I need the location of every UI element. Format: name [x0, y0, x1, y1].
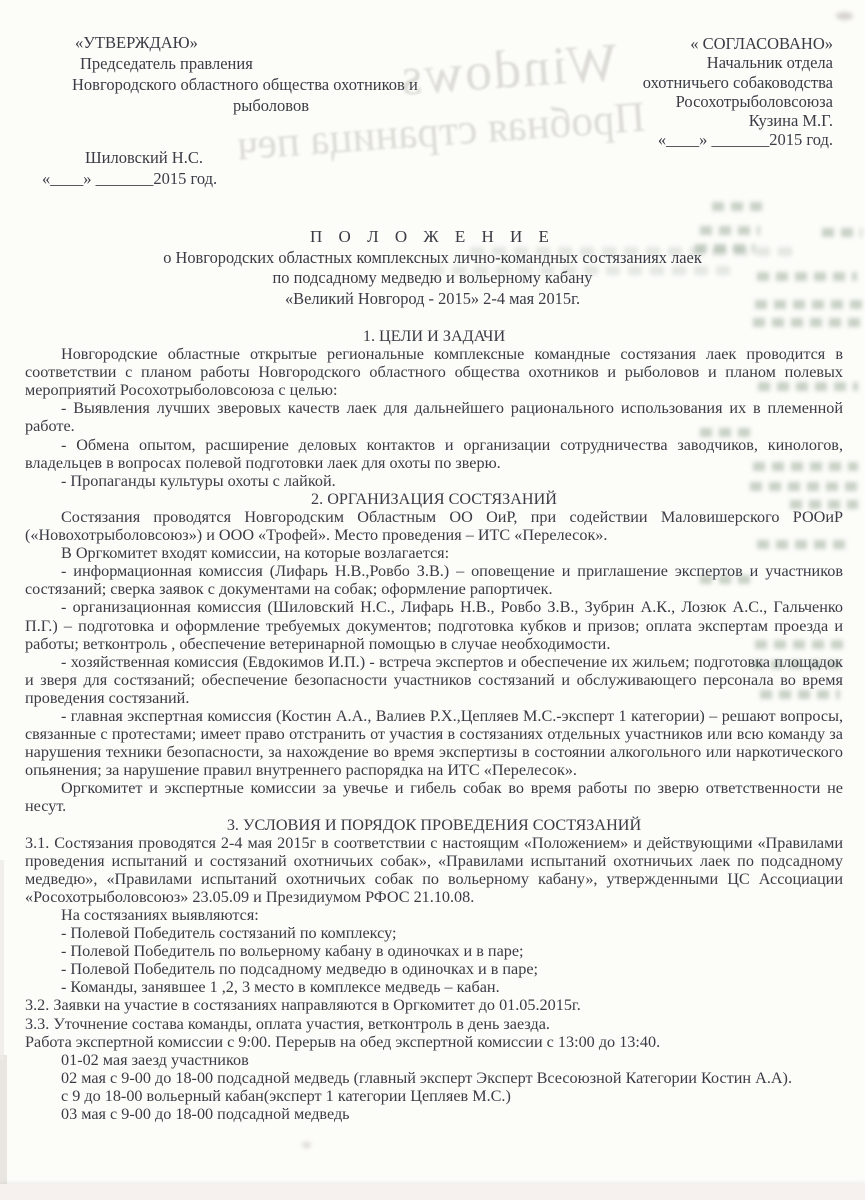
agreement-right-block: « СОГЛАСОВАНО» Начальник отдела охотничь… [523, 34, 833, 150]
section-2-bullet: - хозяйственная комиссия (Евдокимов И.П.… [25, 653, 843, 707]
agreement-date-blank: «____» _______2015 год. [523, 130, 833, 149]
section-1-bullet: - Выявления лучших зверовых качеств лаек… [25, 399, 843, 435]
section-3-bullet: - Команды, занявшее 1 ,2, 3 место в комп… [25, 978, 843, 996]
bleed-through-text [712, 202, 767, 211]
schedule-item: 03 мая с 9-00 до 18-00 подсадной медведь [25, 1105, 843, 1123]
clause-3-2: 3.2. Заявки на участие в состязаниях нап… [25, 996, 843, 1014]
scan-edge-bottom [0, 1184, 865, 1200]
section-1-bullet: - Пропаганды культуры охоты с лайкой. [25, 472, 843, 490]
section-3-heading: 3. УСЛОВИЯ И ПОРЯДОК ПРОВЕДЕНИЯ СОСТЯЗАН… [25, 816, 843, 834]
agreer-name: Кузина М.Г. [523, 111, 833, 130]
schedule-item: 02 мая с 9-00 до 18-00 подсадной медведь… [25, 1069, 843, 1087]
section-1-bullet: - Обмена опытом, расширение деловых конт… [25, 436, 843, 472]
agreed-stamp-label: « СОГЛАСОВАНО» [523, 34, 833, 53]
section-2-paragraph: В Оргкомитет входят комиссии, на которые… [25, 544, 843, 562]
scan-smudge-corner [836, 12, 853, 20]
approve-stamp-label: «УТВЕРЖДАЮ» [30, 32, 470, 53]
section-3-paragraph: На состязаниях выявляются: [25, 906, 843, 924]
section-2-bullet: - информационная комиссия (Лифарь Н.В.,Р… [25, 562, 843, 598]
scan-edge-left-faint [0, 860, 4, 1060]
clause-3-3: 3.3. Уточнение состава команды, оплата у… [25, 1015, 843, 1033]
approval-left-block: «УТВЕРЖДАЮ» Председатель правления Новго… [30, 32, 470, 189]
section-1-heading: 1. ЦЕЛИ И ЗАДАЧИ [25, 327, 843, 345]
agreer-dept-line: охотничьего собаководства [523, 73, 833, 92]
title-subtitle-1: о Новгородских областных комплексных лич… [0, 248, 865, 269]
approver-position-line: Председатель правления [30, 53, 470, 74]
section-2-paragraph: Состязания проводятся Новгородским Облас… [25, 508, 843, 544]
title-subtitle-2: по подсадному медведю и вольерному кабан… [0, 268, 865, 289]
section-3-bullet: - Полевой Победитель по подсадному медве… [25, 960, 843, 978]
section-2-heading: 2. ОРГАНИЗАЦИЯ СОСТЯЗАНИЙ [25, 490, 843, 508]
title-subtitle-3: «Великий Новгород - 2015» 2-4 мая 2015г. [0, 289, 865, 310]
bleed-through-text [753, 318, 863, 327]
schedule-item: с 9 до 18-00 вольерный кабан(эксперт 1 к… [25, 1087, 843, 1105]
schedule-intro: Работа экспертной комиссии с 9:00. Перер… [25, 1033, 843, 1051]
document-title-block: П О Л О Ж Е Н И Е о Новгородских областн… [0, 227, 865, 309]
scan-speck [302, 1142, 311, 1148]
section-3-bullet: - Полевой Победитель состязаний по компл… [25, 924, 843, 942]
agreer-org-line: Росохотрыболовсоюза [523, 92, 833, 111]
clause-3-1: 3.1. Состязания проводятся 2-4 мая 2015г… [25, 834, 843, 906]
approver-org-line-wrap: рыболовов [30, 95, 470, 116]
document-title: П О Л О Ж Е Н И Е [0, 227, 865, 248]
scanned-document-page: Windows Пробная страница печ «УТВЕРЖДАЮ»… [0, 0, 865, 1200]
approver-name: Шиловский Н.С. [30, 147, 470, 168]
section-2-bullet: - главная экспертная комиссия (Костин А.… [25, 707, 843, 779]
section-2-paragraph: Оргкомитет и экспертные комиссии за увеч… [25, 779, 843, 815]
section-1-paragraph: Новгородские областные открытые регионал… [25, 345, 843, 399]
agreer-position-line: Начальник отдела [523, 53, 833, 72]
approver-org-line: Новгородского областного общества охотни… [30, 74, 470, 95]
schedule-item: 01-02 мая заезд участников [25, 1051, 843, 1069]
document-body: 1. ЦЕЛИ И ЗАДАЧИ Новгородские областные … [25, 327, 843, 1123]
scan-edge-left [0, 1055, 7, 1187]
section-2-bullet: - организационная комиссия (Шиловский Н.… [25, 598, 843, 652]
approval-date-blank: «____» _______2015 год. [30, 168, 470, 189]
section-3-bullet: - Полевой Победитель по вольерному кабан… [25, 942, 843, 960]
